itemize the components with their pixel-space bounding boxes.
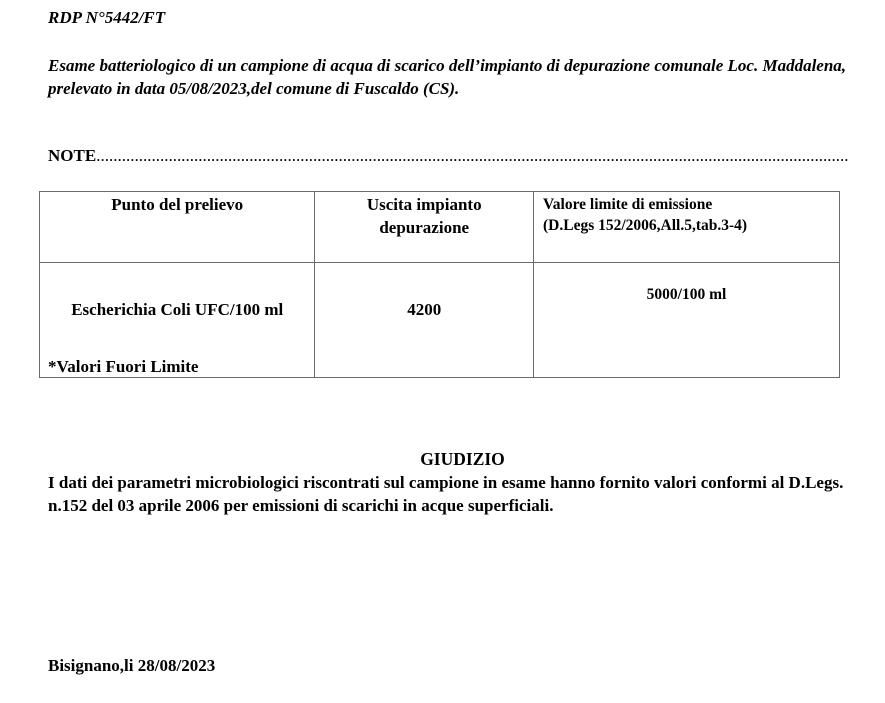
verdict-title: GIUDIZIO xyxy=(0,449,885,470)
footnote: *Valori Fuori Limite xyxy=(48,357,198,377)
value-text: 4200 xyxy=(407,300,441,319)
note-dots: ........................................… xyxy=(96,146,848,165)
place-date: Bisignano,li 28/08/2023 xyxy=(48,656,215,676)
header-plant-outlet: Uscita impianto depurazione xyxy=(315,192,534,263)
results-table: Punto del prelievo Uscita impianto depur… xyxy=(39,191,840,378)
header-plant-outlet-line1: Uscita impianto xyxy=(315,193,533,216)
report-subject: Esame batteriologico di un campione di a… xyxy=(48,54,878,100)
note-label: NOTE xyxy=(48,146,96,165)
parameter-text: Escherichia Coli UFC/100 ml xyxy=(71,300,283,319)
header-plant-outlet-line2: depurazione xyxy=(315,216,533,239)
header-emission-limit-line1: Valore limite di emissione xyxy=(543,194,839,215)
cell-value: 4200 xyxy=(315,263,534,378)
cell-limit: 5000/100 ml xyxy=(534,263,840,378)
header-sampling-point: Punto del prelievo xyxy=(40,192,315,263)
report-number: RDP N°5442/FT xyxy=(48,8,165,28)
header-emission-limit: Valore limite di emissione (D.Legs 152/2… xyxy=(534,192,840,263)
note-line: NOTE....................................… xyxy=(48,146,848,166)
verdict-text: I dati dei parametri microbiologici risc… xyxy=(48,471,848,517)
table-header-row: Punto del prelievo Uscita impianto depur… xyxy=(40,192,840,263)
header-emission-limit-line2: (D.Legs 152/2006,All.5,tab.3-4) xyxy=(543,215,839,236)
